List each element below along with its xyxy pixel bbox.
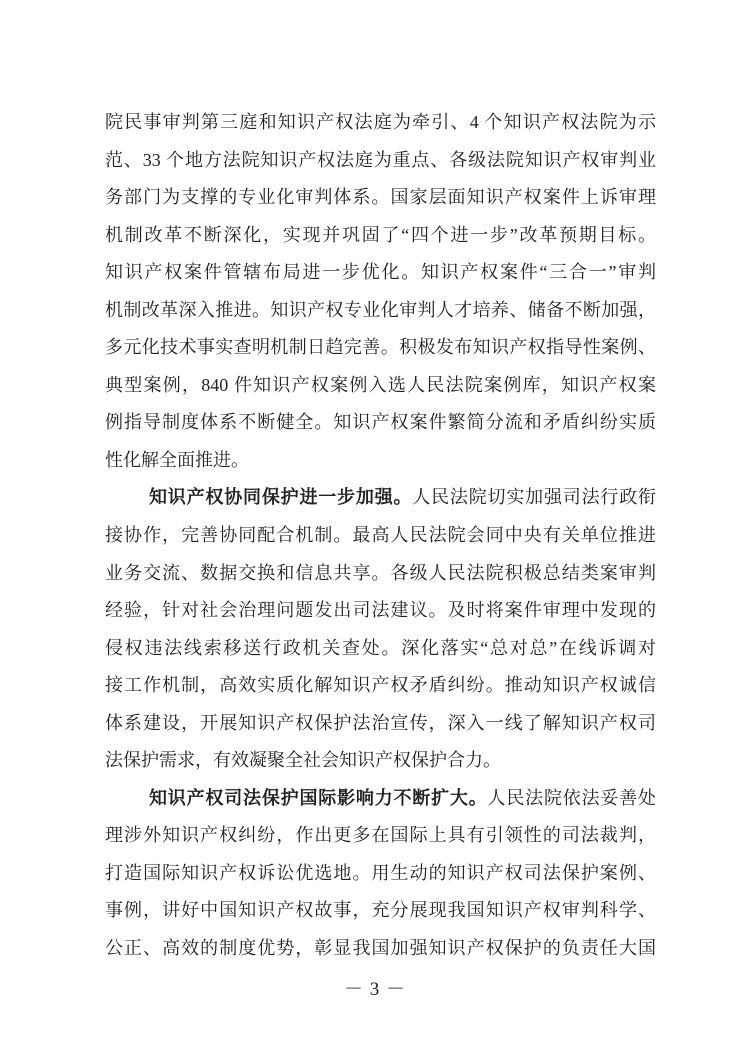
- paragraph-lead: 知识产权协同保护进一步加强。: [149, 487, 412, 507]
- page-number: － 3 －: [0, 975, 750, 1005]
- line-text: 机制改革深入推进。知识产权专业化审判人才培养、储备不断加强，: [105, 300, 656, 320]
- line-text: 性化解全面推进。: [105, 450, 249, 470]
- line-text: 多元化技术事实查明机制日趋完善。积极发布知识产权指导性案例、: [105, 337, 656, 357]
- line-text: 机制改革不断深化，实现并巩固了“四个进一步”改革预期目标。: [105, 225, 656, 245]
- line-text: 公正、高效的制度优势，彰显我国加强知识产权保护的负责任大国: [105, 938, 656, 958]
- line-text: 接工作机制，高效实质化解知识产权矛盾纠纷。推动知识产权诚信: [105, 675, 656, 695]
- text-line: 打造国际知识产权诉讼优选地。用生动的知识产权司法保护案例、: [105, 855, 656, 893]
- line-text: 法保护需求，有效凝聚全社会知识产权保护合力。: [105, 750, 501, 770]
- line-text: 事例，讲好中国知识产权故事，充分展现我国知识产权审判科学、: [105, 900, 656, 920]
- text-line: 法保护需求，有效凝聚全社会知识产权保护合力。: [105, 742, 656, 780]
- document-page: 院民事审判第三庭和知识产权法庭为牵引、4 个知识产权法院为示范、33 个地方法院…: [0, 0, 750, 1059]
- line-text: 院民事审判第三庭和知识产权法庭为牵引、4 个知识产权法院为示: [105, 112, 656, 132]
- text-line: 侵权违法线索移送行政机关查处。深化落实“总对总”在线诉调对: [105, 630, 656, 668]
- line-text: 业务交流、数据交换和信息共享。各级人民法院积极总结类案审判: [105, 563, 656, 583]
- line-text: 典型案例，840 件知识产权案例入选人民法院案例库，知识产权案: [105, 375, 656, 395]
- document-body: 院民事审判第三庭和知识产权法庭为牵引、4 个知识产权法院为示范、33 个地方法院…: [105, 104, 656, 968]
- line-text: 体系建设，开展知识产权保护法治宣传，深入一线了解知识产权司: [105, 713, 656, 733]
- line-text: 理涉外知识产权纠纷，作出更多在国际上具有引领性的司法裁判，: [105, 825, 656, 845]
- line-text: 知识产权案件管辖布局进一步优化。知识产权案件“三合一”审判: [105, 262, 656, 282]
- text-line: 机制改革深入推进。知识产权专业化审判人才培养、储备不断加强，: [105, 292, 656, 330]
- line-text: 例指导制度体系不断健全。知识产权案件繁简分流和矛盾纠纷实质: [105, 412, 656, 432]
- line-text: 打造国际知识产权诉讼优选地。用生动的知识产权司法保护案例、: [105, 863, 656, 883]
- text-line: 事例，讲好中国知识产权故事，充分展现我国知识产权审判科学、: [105, 892, 656, 930]
- text-line: 多元化技术事实查明机制日趋完善。积极发布知识产权指导性案例、: [105, 329, 656, 367]
- line-text: 范、33 个地方法院知识产权法庭为重点、各级法院知识产权审判业: [105, 150, 656, 170]
- text-line: 例指导制度体系不断健全。知识产权案件繁简分流和矛盾纠纷实质: [105, 404, 656, 442]
- text-line: 性化解全面推进。: [105, 442, 656, 480]
- text-line: 务部门为支撑的专业化审判体系。国家层面知识产权案件上诉审理: [105, 179, 656, 217]
- text-line: 院民事审判第三庭和知识产权法庭为牵引、4 个知识产权法院为示: [105, 104, 656, 142]
- line-text: 人民法院依法妥善处: [488, 788, 656, 808]
- text-line: 公正、高效的制度优势，彰显我国加强知识产权保护的负责任大国: [105, 930, 656, 968]
- text-line: 接协作，完善协同配合机制。最高人民法院会同中央有关单位推进: [105, 517, 656, 555]
- text-line: 典型案例，840 件知识产权案例入选人民法院案例库，知识产权案: [105, 367, 656, 405]
- text-line: 机制改革不断深化，实现并巩固了“四个进一步”改革预期目标。: [105, 217, 656, 255]
- line-text: 经验，针对社会治理问题发出司法建议。及时将案件审理中发现的: [105, 600, 656, 620]
- line-text: 人民法院切实加强司法行政衔: [412, 487, 656, 507]
- text-line: 业务交流、数据交换和信息共享。各级人民法院积极总结类案审判: [105, 555, 656, 593]
- text-line: 理涉外知识产权纠纷，作出更多在国际上具有引领性的司法裁判，: [105, 817, 656, 855]
- text-line: 经验，针对社会治理问题发出司法建议。及时将案件审理中发现的: [105, 592, 656, 630]
- text-line: 知识产权案件管辖布局进一步优化。知识产权案件“三合一”审判: [105, 254, 656, 292]
- text-line: 体系建设，开展知识产权保护法治宣传，深入一线了解知识产权司: [105, 705, 656, 743]
- line-text: 务部门为支撑的专业化审判体系。国家层面知识产权案件上诉审理: [105, 187, 656, 207]
- line-text: 接协作，完善协同配合机制。最高人民法院会同中央有关单位推进: [105, 525, 656, 545]
- paragraph-lead: 知识产权司法保护国际影响力不断扩大。: [149, 788, 488, 808]
- line-text: 侵权违法线索移送行政机关查处。深化落实“总对总”在线诉调对: [105, 638, 656, 658]
- text-line: 知识产权司法保护国际影响力不断扩大。人民法院依法妥善处: [105, 780, 656, 818]
- text-line: 接工作机制，高效实质化解知识产权矛盾纠纷。推动知识产权诚信: [105, 667, 656, 705]
- text-line: 知识产权协同保护进一步加强。人民法院切实加强司法行政衔: [105, 479, 656, 517]
- text-line: 范、33 个地方法院知识产权法庭为重点、各级法院知识产权审判业: [105, 142, 656, 180]
